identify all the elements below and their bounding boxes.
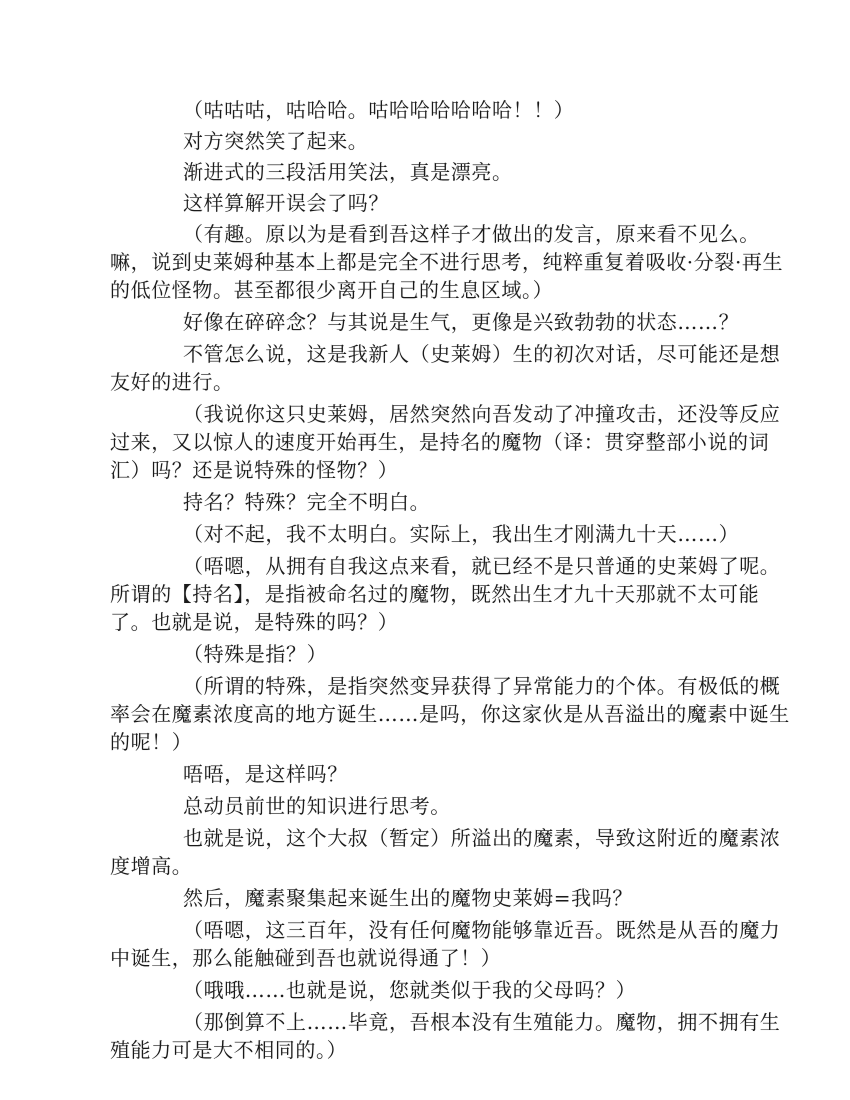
paragraph: （唔嗯，从拥有自我这点来看，就已经不是只普通的史莱姆了呢。所谓的【持名】，是指被…	[110, 552, 800, 636]
paragraph: 总动员前世的知识进行思考。	[110, 792, 800, 820]
paragraph: 持名？特殊？完全不明白。	[110, 488, 800, 516]
paragraph: 这样算解开误会了吗？	[110, 189, 800, 217]
paragraph: 唔唔，是这样吗？	[110, 760, 800, 788]
paragraph: （有趣。原以为是看到吾这样子才做出的发言，原来看不见么。嘛，说到史莱姆种基本上都…	[110, 220, 800, 304]
document-page: （咕咕咕，咕哈哈。咕哈哈哈哈哈哈！！） 对方突然笑了起来。 渐进式的三段活用笑法…	[110, 96, 800, 1068]
paragraph: 对方突然笑了起来。	[110, 127, 800, 155]
paragraph: （唔嗯，这三百年，没有任何魔物能够靠近吾。既然是从吾的魔力中诞生，那么能触碰到吾…	[110, 916, 800, 972]
paragraph: （所谓的特殊，是指突然变异获得了异常能力的个体。有极低的概率会在魔素浓度高的地方…	[110, 672, 800, 756]
paragraph: （对不起，我不太明白。实际上，我出生才刚满九十天……）	[110, 520, 800, 548]
paragraph: 渐进式的三段活用笑法，真是漂亮。	[110, 158, 800, 186]
paragraph: 好像在碎碎念？与其说是生气，更像是兴致勃勃的状态……？	[110, 308, 800, 336]
paragraph: （特殊是指？）	[110, 640, 800, 668]
paragraph: 不管怎么说，这是我新人（史莱姆）生的初次对话，尽可能还是想友好的进行。	[110, 340, 800, 396]
paragraph: （哦哦……也就是说，您就类似于我的父母吗？）	[110, 976, 800, 1004]
paragraph: （我说你这只史莱姆，居然突然向吾发动了冲撞攻击，还没等反应过来，又以惊人的速度开…	[110, 400, 800, 484]
paragraph: 也就是说，这个大叔（暂定）所溢出的魔素，导致这附近的魔素浓度增高。	[110, 824, 800, 880]
paragraph: （咕咕咕，咕哈哈。咕哈哈哈哈哈哈！！）	[110, 96, 800, 124]
paragraph: 然后，魔素聚集起来诞生出的魔物史莱姆=我吗？	[110, 884, 800, 912]
paragraph: （那倒算不上……毕竟，吾根本没有生殖能力。魔物，拥不拥有生殖能力可是大不相同的。…	[110, 1008, 800, 1064]
